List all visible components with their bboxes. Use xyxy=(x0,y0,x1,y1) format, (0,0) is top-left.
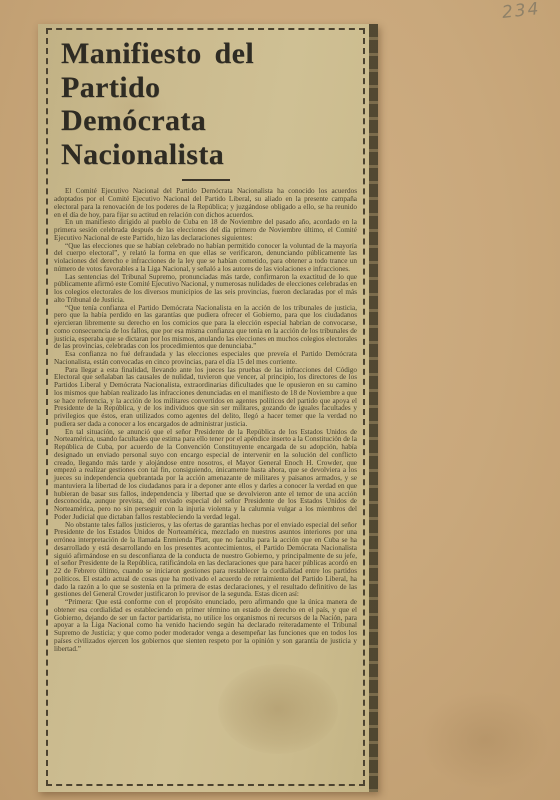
article-paragraph: “Que las elecciones que se habían celebr… xyxy=(54,243,357,274)
article-paragraph: El Comité Ejecutivo Nacional del Partido… xyxy=(54,188,357,219)
headline-line-2: Demócrata Nacionalista xyxy=(61,104,359,171)
article-headline: Manifiesto del Partido Demócrata Naciona… xyxy=(52,30,359,171)
article-body: El Comité Ejecutivo Nacional del Partido… xyxy=(52,188,359,653)
scrapbook-page: { "page": { "page_number": "234" }, "col… xyxy=(0,0,560,800)
printed-column-box: Manifiesto del Partido Demócrata Naciona… xyxy=(46,28,365,786)
article-paragraph: En un manifiesto dirigido al pueblo de C… xyxy=(54,219,357,242)
article-paragraph: Esa confianza no fué defraudada y las el… xyxy=(54,351,357,367)
article-paragraph: Las sentencias del Tribunal Supremo, pro… xyxy=(54,274,357,305)
headline-divider-rule xyxy=(182,179,230,181)
article-paragraph: En tal situación, se anunció que el seño… xyxy=(54,429,357,522)
torn-paper-edge xyxy=(369,24,378,792)
page-stain xyxy=(420,690,550,790)
handwritten-page-number: 234 xyxy=(501,0,541,23)
newspaper-clipping: Manifiesto del Partido Demócrata Naciona… xyxy=(38,24,378,792)
article-paragraph: “Que tenía confianza el Partido Demócrat… xyxy=(54,305,357,352)
article-paragraph: “Primera: Que está conforme con el propó… xyxy=(54,599,357,653)
headline-line-1: Manifiesto del Partido xyxy=(61,37,359,104)
article-paragraph: Para llegar a esta finalidad, llevando a… xyxy=(54,367,357,429)
article-paragraph: No obstante tales fallos justicieros, y … xyxy=(54,522,357,600)
